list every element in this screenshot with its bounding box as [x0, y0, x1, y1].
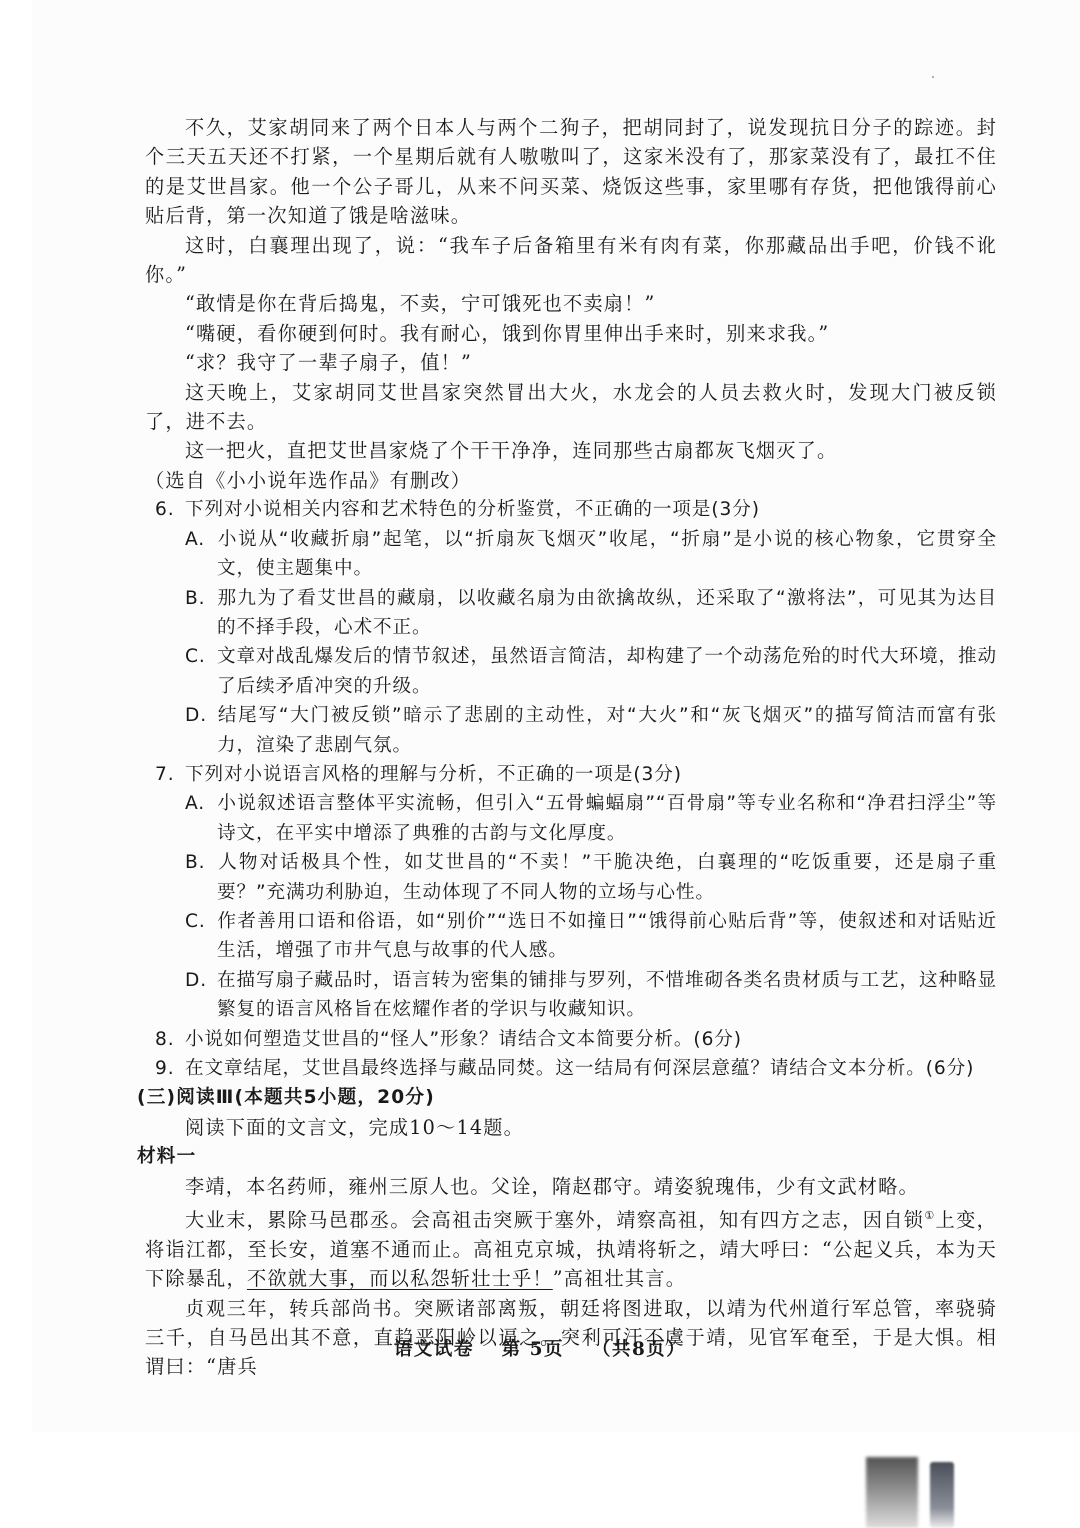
underlined-sentence: 不欲就大事，而以私怨斩壮士乎！: [247, 1267, 553, 1290]
question-9: 9.在文章结尾，艾世昌最终选择与藏品同焚。这一结局有何深层意蕴？请结合文本分析。…: [145, 1054, 997, 1083]
section-instruction: 阅读下面的文言文，完成10～14题。: [145, 1113, 997, 1142]
exam-page-content: 不久，艾家胡同来了两个日本人与两个二狗子，把胡同封了，说发现抗日分子的踪迹。封个…: [145, 113, 997, 1382]
option-label: A.: [185, 789, 217, 818]
option-text: 作者善用口语和俗语，如“别价”“选日不如撞日”“饿得前心贴后背”等，使叙述和对话…: [217, 911, 997, 961]
page-footer: 语文试卷 第 5页 （共8页）: [0, 1335, 1080, 1361]
option-label: D.: [185, 701, 217, 730]
text-segment: ”高祖壮其言。: [553, 1267, 686, 1290]
option-text: 小说从“收藏折扇”起笔，以“折扇灰飞烟灭”收尾，“折扇”是小说的核心物象，它贯穿…: [217, 529, 997, 579]
passage-paragraph: “求？我守了一辈子扇子，值！”: [145, 348, 997, 377]
option-7c: C.作者善用口语和俗语，如“别价”“选日不如撞日”“饿得前心贴后背”等，使叙述和…: [145, 907, 997, 966]
option-label: A.: [185, 525, 217, 554]
option-text: 小说叙述语言整体平实流畅，但引入“五骨蝙蝠扇”“百骨扇”等专业名称和“净君扫浮尘…: [217, 793, 997, 843]
scan-speck: [932, 76, 934, 78]
footer-total-pages: （共8页）: [592, 1339, 686, 1360]
option-text: 结尾写“大门被反锁”暗示了悲剧的主动性，对“大火”和“灰飞烟灭”的描写简洁而富有…: [217, 705, 997, 755]
option-7b: B.人物对话极具个性，如艾世昌的“不卖！”干脆决绝，白襄理的“吃饭重要，还是扇子…: [145, 848, 997, 907]
footer-page-number: 第 5页: [502, 1339, 564, 1360]
question-8: 8.小说如何塑造艾世昌的“怪人”形象？请结合文本简要分析。(6分): [145, 1025, 997, 1054]
option-7a: A.小说叙述语言整体平实流畅，但引入“五骨蝙蝠扇”“百骨扇”等专业名称和“净君扫…: [145, 789, 997, 848]
question-6: 6.下列对小说相关内容和艺术特色的分析鉴赏，不正确的一项是(3分): [145, 495, 997, 524]
passage-paragraph: “嘴硬，看你硬到何时。我有耐心，饿到你胃里伸出手来时，别来求我。”: [145, 319, 997, 348]
footnote-marker: ①: [924, 1209, 935, 1222]
section-heading: (三)阅读Ⅲ(本题共5小题，20分): [137, 1083, 997, 1112]
option-6c: C.文章对战乱爆发后的情节叙述，虽然语言简洁，却构建了一个动荡危殆的时代大环境，…: [145, 642, 997, 701]
option-6d: D.结尾写“大门被反锁”暗示了悲剧的主动性，对“大火”和“灰飞烟灭”的描写简洁而…: [145, 701, 997, 760]
passage-source: （选自《小小说年选作品》有删改）: [145, 466, 997, 495]
question-number: 9.: [155, 1054, 185, 1083]
blurred-qr-code: [866, 1457, 918, 1528]
question-stem: 下列对小说语言风格的理解与分析，不正确的一项是(3分): [185, 764, 682, 785]
option-label: C.: [185, 907, 217, 936]
passage-paragraph: 这天晚上，艾家胡同艾世昌家突然冒出大火，水龙会的人员去救火时，发现大门被反锁了，…: [145, 378, 997, 437]
question-stem: 在文章结尾，艾世昌最终选择与藏品同焚。这一结局有何深层意蕴？请结合文本分析。(6…: [185, 1058, 974, 1079]
material-label: 材料一: [137, 1142, 997, 1171]
option-text: 那九为了看艾世昌的藏扇，以收藏名扇为由欲擒故纵，还采取了“激将法”，可见其为达目…: [217, 588, 997, 638]
passage-paragraph: 不久，艾家胡同来了两个日本人与两个二狗子，把胡同封了，说发现抗日分子的踪迹。封个…: [145, 113, 997, 231]
option-text: 在描写扇子藏品时，语言转为密集的铺排与罗列，不惜堆砌各类名贵材质与工艺，这种略显…: [217, 970, 997, 1020]
option-text: 人物对话极具个性，如艾世昌的“不卖！”干脆决绝，白襄理的“吃饭重要，还是扇子重要…: [217, 852, 997, 902]
option-label: D.: [185, 966, 217, 995]
option-label: C.: [185, 642, 217, 671]
option-6b: B.那九为了看艾世昌的藏扇，以收藏名扇为由欲擒故纵，还采取了“激将法”，可见其为…: [145, 584, 997, 643]
option-7d: D.在描写扇子藏品时，语言转为密集的铺排与罗列，不惜堆砌各类名贵材质与工艺，这种…: [145, 966, 997, 1025]
blurred-bar-graphic: [930, 1462, 954, 1528]
question-number: 8.: [155, 1025, 185, 1054]
option-6a: A.小说从“收藏折扇”起笔，以“折扇灰飞烟灭”收尾，“折扇”是小说的核心物象，它…: [145, 525, 997, 584]
question-number: 6.: [155, 495, 185, 524]
question-stem: 小说如何塑造艾世昌的“怪人”形象？请结合文本简要分析。(6分): [185, 1029, 742, 1050]
classical-paragraph: 李靖，本名药师，雍州三原人也。父诠，隋赵郡守。靖姿貌瑰伟，少有文武材略。: [145, 1172, 997, 1201]
footer-subject: 语文试卷: [394, 1339, 474, 1360]
option-label: B.: [185, 848, 217, 877]
question-7: 7.下列对小说语言风格的理解与分析，不正确的一项是(3分): [145, 760, 997, 789]
passage-paragraph: 这时，白襄理出现了，说：“我车子后备箱里有米有肉有菜，你那藏品出手吧，价钱不讹你…: [145, 231, 997, 290]
option-text: 文章对战乱爆发后的情节叙述，虽然语言简洁，却构建了一个动荡危殆的时代大环境，推动…: [217, 646, 997, 696]
question-stem: 下列对小说相关内容和艺术特色的分析鉴赏，不正确的一项是(3分): [185, 499, 760, 520]
text-segment: 大业末，累除马邑郡丞。会高祖击突厥于塞外，靖察高祖，知有四方之志，因自锁: [185, 1208, 924, 1231]
classical-paragraph: 大业末，累除马邑郡丞。会高祖击突厥于塞外，靖察高祖，知有四方之志，因自锁①上变，…: [145, 1201, 997, 1294]
option-label: B.: [185, 584, 217, 613]
passage-paragraph: 这一把火，直把艾世昌家烧了个干干净净，连同那些古扇都灰飞烟灭了。: [145, 436, 997, 465]
question-number: 7.: [155, 760, 185, 789]
passage-paragraph: “敢情是你在背后捣鬼，不卖，宁可饿死也不卖扇！”: [145, 289, 997, 318]
